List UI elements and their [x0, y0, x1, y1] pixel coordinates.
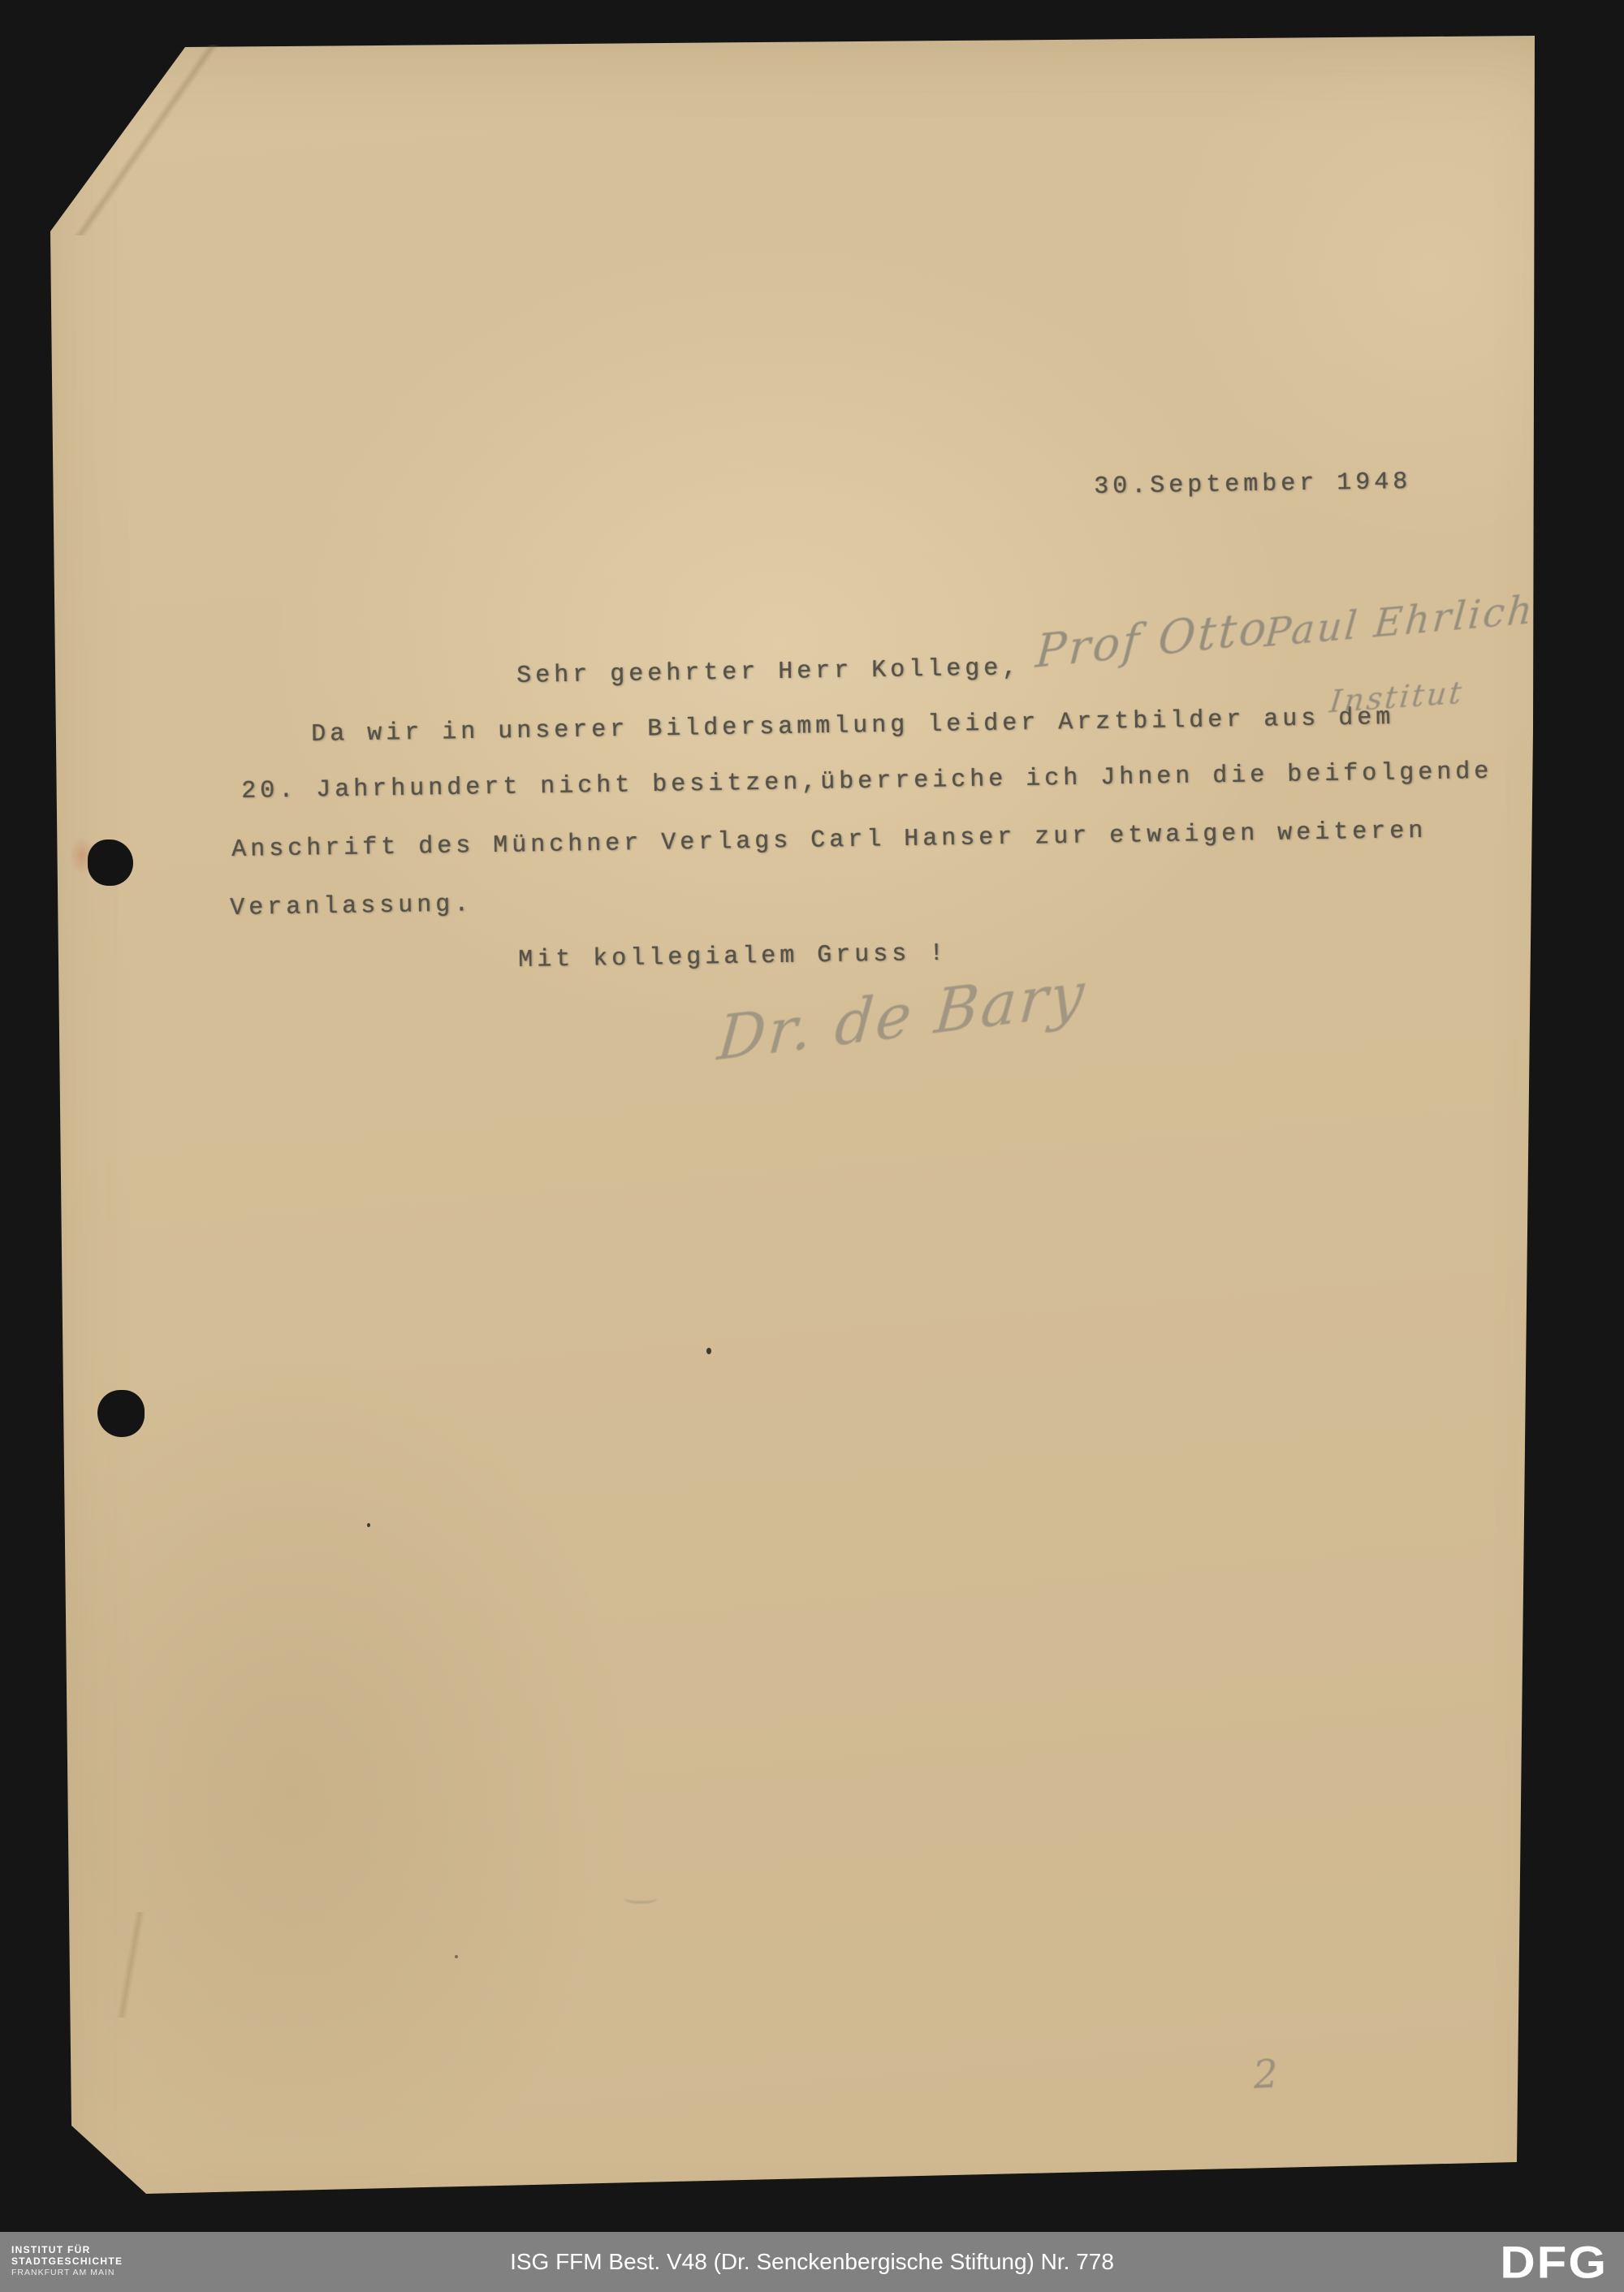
pencil-mark — [624, 1888, 658, 1903]
body-line: Veranlassung. — [230, 891, 473, 922]
ink-speck — [706, 1348, 711, 1354]
archive-reference: ISG FFM Best. V48 (Dr. Senckenbergische … — [0, 2232, 1624, 2292]
ink-speck — [367, 1523, 370, 1527]
ink-speck — [455, 1955, 458, 1958]
punch-hole-top — [88, 840, 133, 886]
handwritten-page-number: 2 — [1252, 2051, 1281, 2098]
corner-crease-top-left — [47, 45, 246, 235]
corner-crease-bottom-left — [54, 1912, 208, 2018]
date-line: 30.September 1948 — [1094, 468, 1412, 501]
dfg-logo: DFG — [1500, 2234, 1608, 2290]
scan-background: 30.September 1948 Sehr geehrter Herr Kol… — [0, 0, 1624, 2292]
punch-hole-bottom — [97, 1390, 145, 1437]
document-page — [0, 0, 1624, 2292]
